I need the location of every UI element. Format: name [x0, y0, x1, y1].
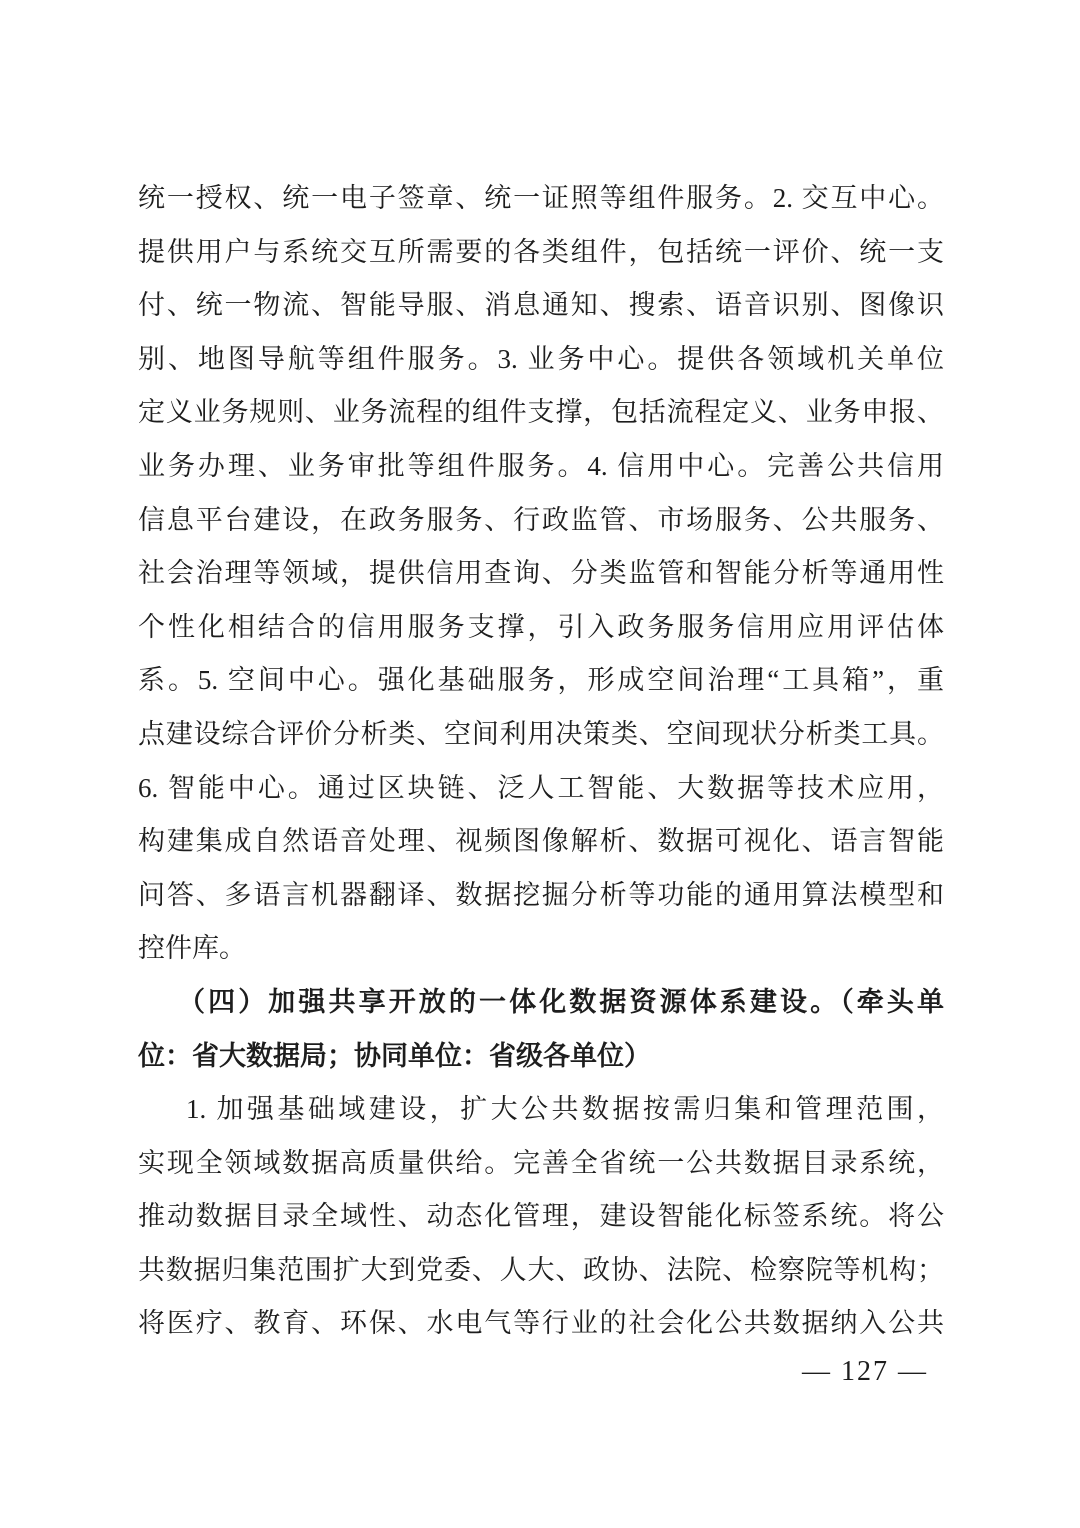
- document-body: 统一授权、统一电子签章、统一证照等组件服务。2. 交互中心。 提供用户与系统交互…: [138, 172, 944, 1351]
- body-line: 定义业务规则、业务流程的组件支撑，包括流程定义、业务申报、: [138, 386, 944, 440]
- body-line: 1. 加强基础域建设，扩大公共数据按需归集和管理范围，: [138, 1083, 944, 1137]
- body-line: 共数据归集范围扩大到党委、人大、政协、法院、检察院等机构；: [138, 1244, 944, 1298]
- body-line: 个性化相结合的信用服务支撑，引入政务服务信用应用评估体: [138, 601, 944, 655]
- body-line: 构建集成自然语音处理、视频图像解析、数据可视化、语言智能: [138, 815, 944, 869]
- body-line: 推动数据目录全域性、动态化管理，建设智能化标签系统。将公: [138, 1190, 944, 1244]
- body-line: 业务办理、业务审批等组件服务。4. 信用中心。完善公共信用: [138, 440, 944, 494]
- section-heading-line: （四）加强共享开放的一体化数据资源体系建设。（牵头单: [138, 976, 944, 1030]
- document-page: 统一授权、统一电子签章、统一证照等组件服务。2. 交互中心。 提供用户与系统交互…: [0, 0, 1080, 1528]
- body-line: 问答、多语言机器翻译、数据挖掘分析等功能的通用算法模型和: [138, 869, 944, 923]
- page-number: — 127 —: [802, 1350, 928, 1394]
- section-heading-line: 位：省大数据局；协同单位：省级各单位）: [138, 1030, 944, 1084]
- body-line: 提供用户与系统交互所需要的各类组件，包括统一评价、统一支: [138, 226, 944, 280]
- body-line: 实现全领域数据高质量供给。完善全省统一公共数据目录系统，: [138, 1137, 944, 1191]
- body-line: 系。5. 空间中心。强化基础服务，形成空间治理“工具箱”，重: [138, 654, 944, 708]
- body-line: 付、统一物流、智能导服、消息通知、搜索、语音识别、图像识: [138, 279, 944, 333]
- body-line: 点建设综合评价分析类、空间利用决策类、空间现状分析类工具。: [138, 708, 944, 762]
- body-line: 控件库。: [138, 922, 944, 976]
- body-line: 统一授权、统一电子签章、统一证照等组件服务。2. 交互中心。: [138, 172, 944, 226]
- body-line: 6. 智能中心。通过区块链、泛人工智能、大数据等技术应用，: [138, 762, 944, 816]
- body-line: 将医疗、教育、环保、水电气等行业的社会化公共数据纳入公共: [138, 1297, 944, 1351]
- body-line: 信息平台建设，在政务服务、行政监管、市场服务、公共服务、: [138, 494, 944, 548]
- body-line: 别、地图导航等组件服务。3. 业务中心。提供各领域机关单位: [138, 333, 944, 387]
- body-line: 社会治理等领域，提供信用查询、分类监管和智能分析等通用性: [138, 547, 944, 601]
